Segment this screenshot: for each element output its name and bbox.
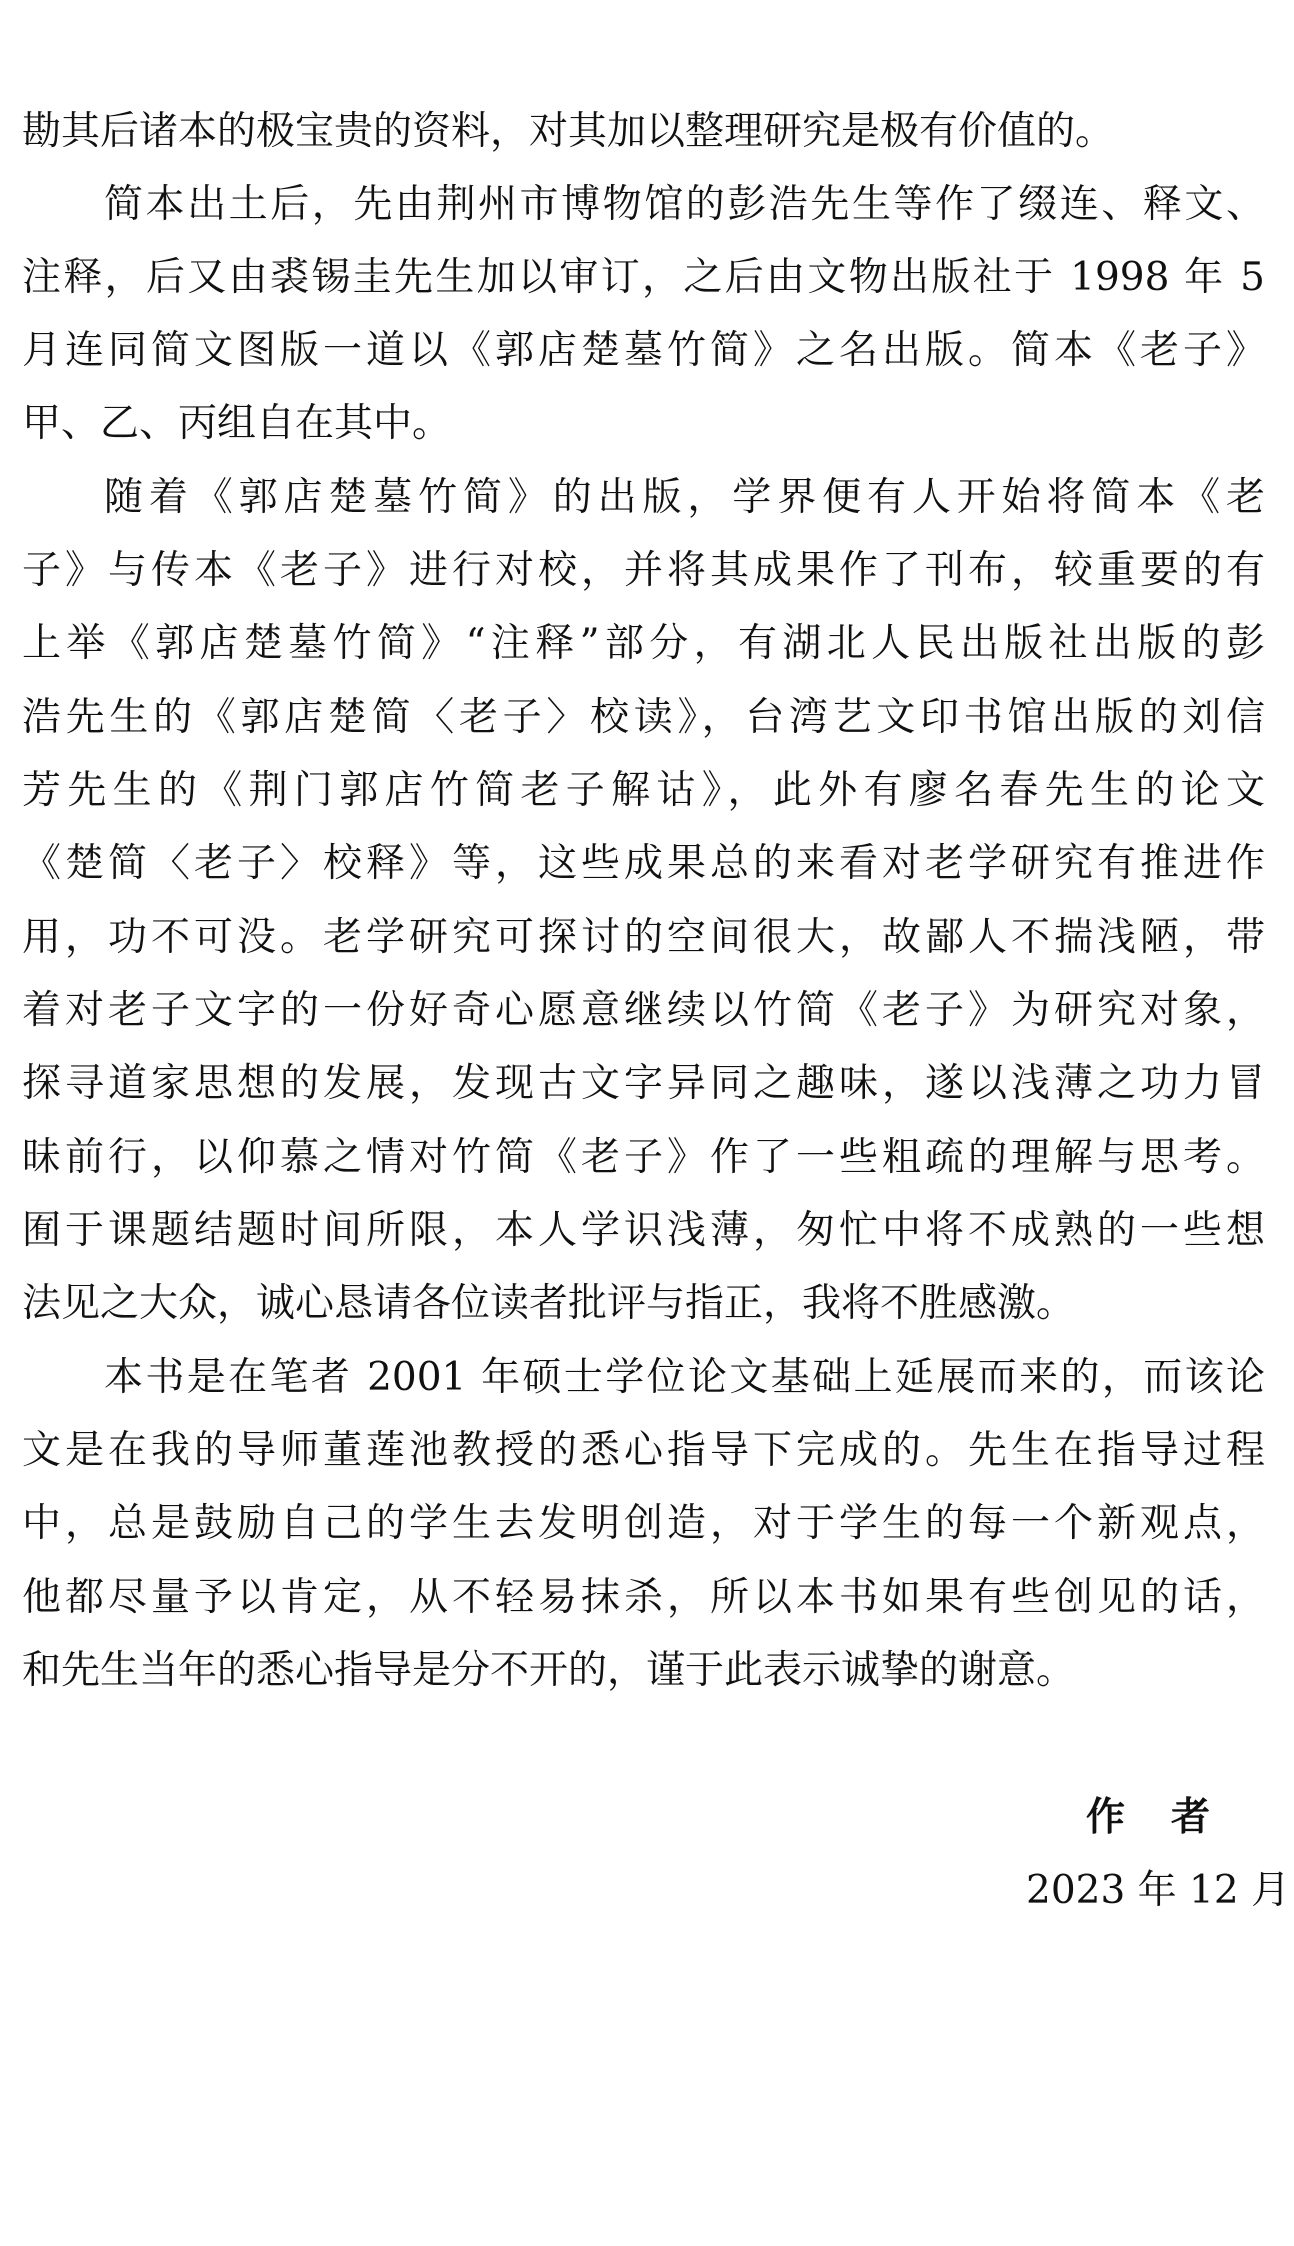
paragraph-2-line-2: 注释，后又由裘锡圭先生加以审订，之后由文物出版社于 1998 年 5 [22,254,1265,302]
signature-author: 作 者 [1086,1794,1210,1842]
paragraph-3-line-4: 浩先生的《郭店楚简〈老子〉校读》，台湾艺文印书馆出版的刘信 [22,694,1265,742]
paragraph-2-line-3: 月连同简文图版一道以《郭店楚墓竹简》之名出版。简本《老子》 [22,327,1265,375]
paragraph-3-line-9: 探寻道家思想的发展，发现古文字异同之趣味，遂以浅薄之功力冒 [22,1060,1265,1108]
paragraph-3-line-7: 用，功不可没。老学研究可探讨的空间很大，故鄙人不揣浅陋，带 [22,914,1265,962]
paragraph-2-line-4: 甲、乙、丙组自在其中。 [22,400,1265,448]
paragraph-3-line-11: 囿于课题结题时间所限，本人学识浅薄，匆忙中将不成熟的一些想 [22,1207,1265,1255]
paragraph-3-line-10: 昧前行，以仰慕之情对竹简《老子》作了一些粗疏的理解与思考。 [22,1134,1265,1182]
paragraph-3-line-12: 法见之大众，诚心恳请各位读者批评与指正，我将不胜感激。 [22,1280,1265,1328]
document-page: 勘其后诸本的极宝贵的资料，对其加以整理研究是极有价值的。 简本出土后，先由荆州市… [0,0,1294,2246]
paragraph-3-line-2: 子》与传本《老子》进行对校，并将其成果作了刊布，较重要的有 [22,547,1265,595]
paragraph-3-line-1: 随着《郭店楚墓竹简》的出版，学界便有人开始将简本《老 [104,474,1265,522]
signature-date: 2023 年 12 月 [1026,1867,1262,1915]
paragraph-1-line-1: 勘其后诸本的极宝贵的资料，对其加以整理研究是极有价值的。 [22,108,1265,156]
paragraph-3-line-3: 上举《郭店楚墓竹简》“注释”部分，有湖北人民出版社出版的彭 [22,620,1265,668]
paragraph-3-line-5: 芳先生的《荆门郭店竹简老子解诂》，此外有廖名春先生的论文 [22,767,1265,815]
paragraph-4-line-5: 和先生当年的悉心指导是分不开的，谨于此表示诚挚的谢意。 [22,1647,1265,1695]
paragraph-3-line-6: 《楚简〈老子〉校释》等，这些成果总的来看对老学研究有推进作 [22,840,1265,888]
paragraph-4-line-3: 中，总是鼓励自己的学生去发明创造，对于学生的每一个新观点， [22,1500,1265,1548]
paragraph-4-line-1: 本书是在笔者 2001 年硕士学位论文基础上延展而来的，而该论 [104,1354,1265,1402]
paragraph-4-line-2: 文是在我的导师董莲池教授的悉心指导下完成的。先生在指导过程 [22,1427,1265,1475]
paragraph-2-line-1: 简本出土后，先由荆州市博物馆的彭浩先生等作了缀连、释文、 [104,181,1265,229]
paragraph-4-line-4: 他都尽量予以肯定，从不轻易抹杀，所以本书如果有些创见的话， [22,1574,1265,1622]
paragraph-3-line-8: 着对老子文字的一份好奇心愿意继续以竹简《老子》为研究对象， [22,987,1265,1035]
